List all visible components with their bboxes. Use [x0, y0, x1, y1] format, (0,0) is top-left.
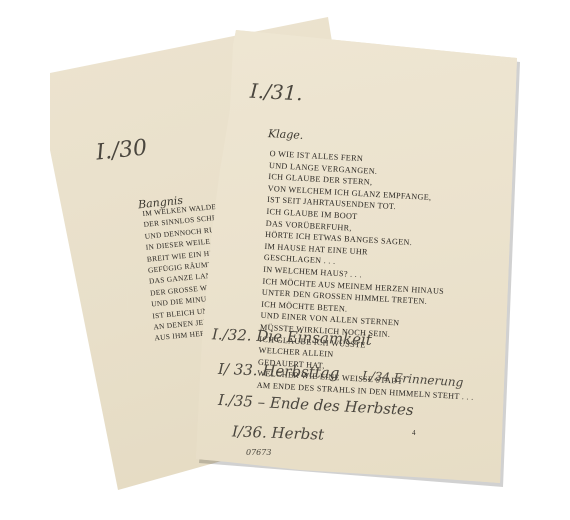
front-sheet-text: I./31. Klage. O WIE IST ALLES FERN UND L…: [0, 0, 570, 520]
page-mark: 4: [412, 428, 416, 440]
inventory-number: 07673: [246, 448, 271, 457]
note-33-herbsttag: I/ 33. Herbsttag: [218, 360, 340, 382]
note-36-herbst: I/36. Herbst: [232, 422, 325, 443]
front-folio-number: I./31.: [249, 79, 303, 106]
front-poem-title: Klage.: [268, 127, 304, 142]
